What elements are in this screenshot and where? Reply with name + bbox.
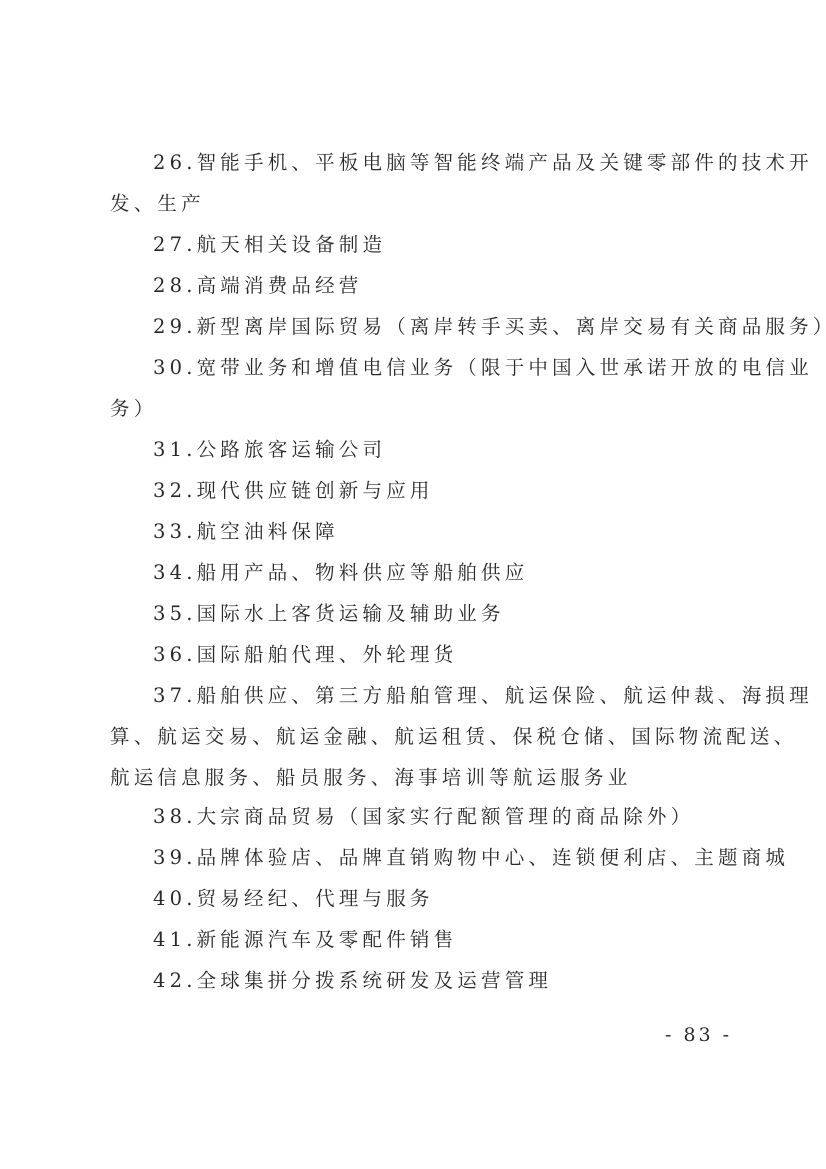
list-item-33: 33.航空油料保障 bbox=[153, 520, 339, 544]
list-item-37-line-3: 航运信息服务、船员服务、海事培训等航运服务业 bbox=[110, 766, 631, 790]
document-page: 26.智能手机、平板电脑等智能终端产品及关键零部件的技术开 发、生产 27.航天… bbox=[0, 0, 826, 1169]
list-item-31: 31.公路旅客运输公司 bbox=[153, 438, 386, 462]
list-item-29: 29.新型离岸国际贸易（离岸转手买卖、离岸交易有关商品服务） bbox=[153, 315, 826, 339]
list-item-26-line-2: 发、生产 bbox=[110, 192, 205, 216]
list-item-38: 38.大宗商品贸易（国家实行配额管理的商品除外） bbox=[153, 805, 694, 829]
list-item-27: 27.航天相关设备制造 bbox=[153, 233, 386, 257]
list-item-32: 32.现代供应链创新与应用 bbox=[153, 479, 434, 503]
list-item-30-line-1: 30.宽带业务和增值电信业务（限于中国入世承诺开放的电信业 bbox=[153, 356, 813, 380]
list-item-37-line-1: 37.船舶供应、第三方船舶管理、航运保险、航运仲裁、海损理 bbox=[153, 684, 813, 708]
list-item-42: 42.全球集拼分拨系统研发及运营管理 bbox=[153, 969, 552, 993]
list-item-30-line-2: 务） bbox=[110, 397, 157, 421]
list-item-39: 39.品牌体验店、品牌直销购物中心、连锁便利店、主题商城 bbox=[153, 846, 789, 870]
page-number: - 83 - bbox=[665, 1024, 732, 1046]
list-item-40: 40.贸易经纪、代理与服务 bbox=[153, 887, 434, 911]
list-item-41: 41.新能源汽车及零配件销售 bbox=[153, 928, 457, 952]
list-item-26-line-1: 26.智能手机、平板电脑等智能终端产品及关键零部件的技术开 bbox=[153, 151, 813, 175]
list-item-36: 36.国际船舶代理、外轮理货 bbox=[153, 643, 457, 667]
list-item-28: 28.高端消费品经营 bbox=[153, 274, 363, 298]
list-item-35: 35.国际水上客货运输及辅助业务 bbox=[153, 602, 505, 626]
list-item-37-line-2: 算、航运交易、航运金融、航运租赁、保税仓储、国际物流配送、 bbox=[110, 725, 797, 749]
list-item-34: 34.船用产品、物料供应等船舶供应 bbox=[153, 561, 528, 585]
